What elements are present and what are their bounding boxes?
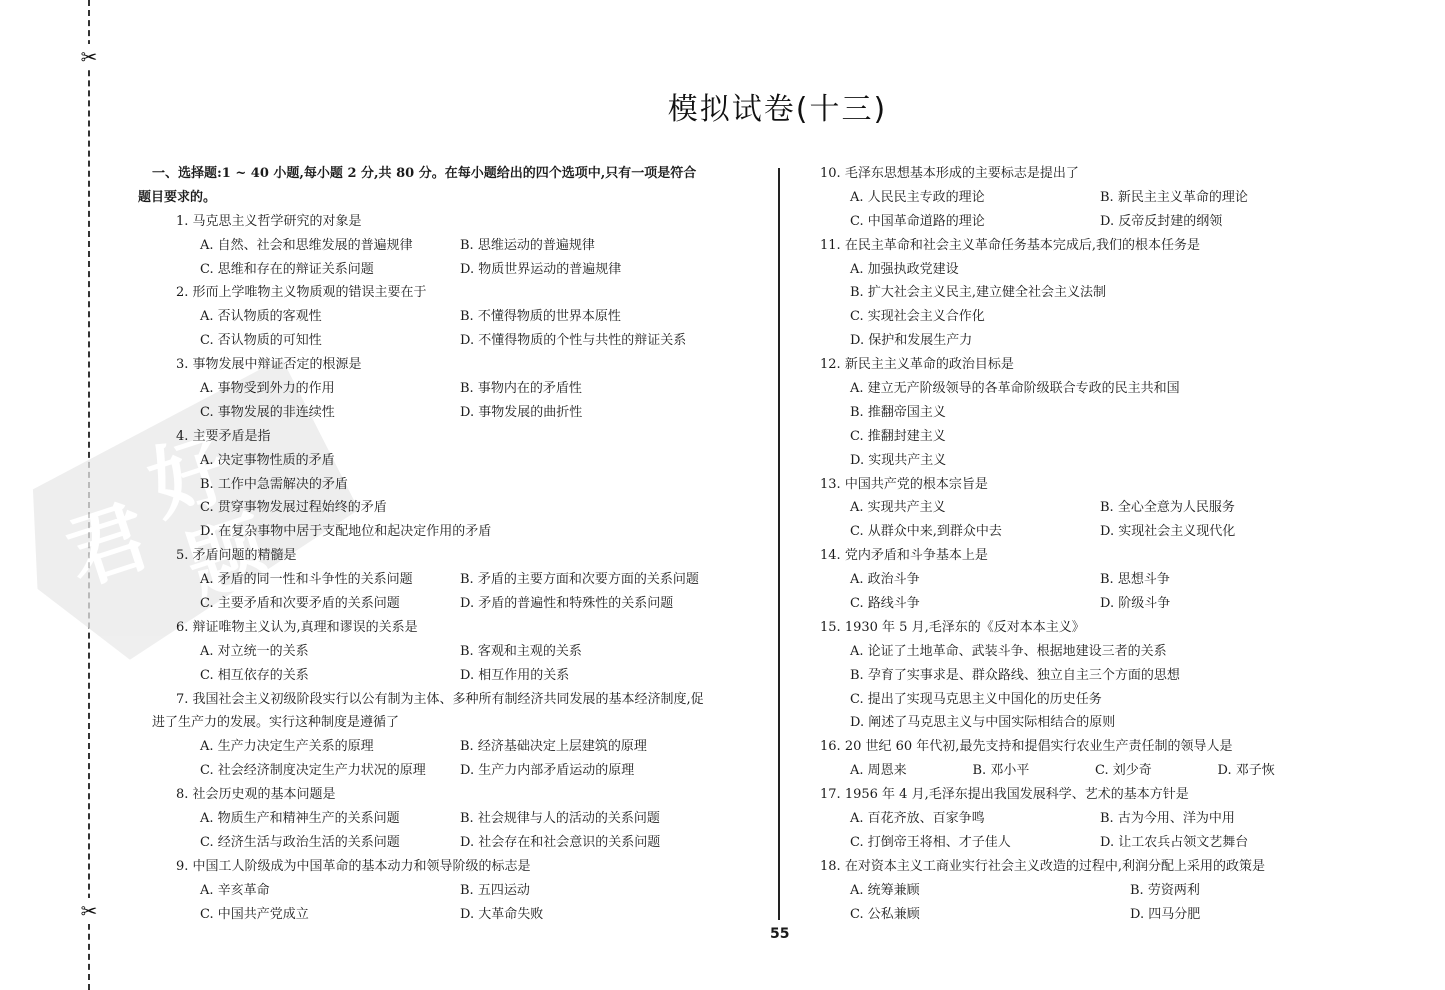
question-stem: 1. 马克思主义哲学研究的对象是 [138,210,768,234]
answer-option: C. 经济生活与政治生活的关系问题 [200,831,460,855]
options-row: A. 自然、社会和思维发展的普遍规律B. 思维运动的普遍规律 [138,234,768,258]
answer-option: D. 社会存在和社会意识的关系问题 [460,831,660,855]
section-instructions: 一、选择题:1 ~ 40 小题,每小题 2 分,共 80 分。在每小题给出的四个… [138,162,768,186]
question-text: 马克思主义哲学研究的对象是 [193,214,362,229]
answer-option: A. 自然、社会和思维发展的普遍规律 [200,234,460,258]
answer-option: C. 否认物质的可知性 [200,329,460,353]
answer-option: D. 保护和发展生产力 [820,329,1340,353]
options-row: C. 事物发展的非连续性D. 事物发展的曲折性 [138,401,768,425]
answer-option: A. 矛盾的同一性和斗争性的关系问题 [200,568,460,592]
answer-option: B. 孕育了实事求是、群众路线、独立自主三个方面的思想 [820,664,1340,688]
answer-option: D. 生产力内部矛盾运动的原理 [460,759,634,783]
answer-option: D. 矛盾的普遍性和特殊性的关系问题 [460,592,673,616]
question-text: 1956 年 4 月,毛泽东提出我国发展科学、艺术的基本方针是 [845,787,1189,802]
answer-option: B. 矛盾的主要方面和次要方面的关系问题 [460,568,699,592]
options-row: C. 思维和存在的辩证关系问题D. 物质世界运动的普遍规律 [138,258,768,282]
answer-option: D. 不懂得物质的个性与共性的辩证关系 [460,329,686,353]
answer-option: A. 物质生产和精神生产的关系问题 [200,807,460,831]
answer-option: B. 事物内在的矛盾性 [460,377,582,401]
answer-option: C. 提出了实现马克思主义中国化的历史任务 [820,688,1340,712]
options-row: C. 从群众中来,到群众中去D. 实现社会主义现代化 [820,520,1340,544]
answer-option: A. 人民民主专政的理论 [850,186,1100,210]
options-row: C. 公私兼顾D. 四马分肥 [820,903,1340,927]
options-row: C. 路线斗争D. 阶级斗争 [820,592,1340,616]
answer-option: B. 客观和主观的关系 [460,640,582,664]
question-number: 1. [176,214,188,229]
answer-option: D. 阐述了马克思主义与中国实际相结合的原则 [820,711,1340,735]
question-text-cont: 进了生产力的发展。实行这种制度是遵循了 [138,711,768,735]
answer-option: B. 经济基础决定上层建筑的原理 [460,735,647,759]
question-text: 矛盾问题的精髓是 [193,548,297,563]
question-number: 3. [176,357,188,372]
question-number: 11. [820,238,841,253]
question-stem: 15. 1930 年 5 月,毛泽东的《反对本本主义》 [820,616,1340,640]
answer-option: A. 生产力决定生产关系的原理 [200,735,460,759]
options-row: A. 否认物质的客观性B. 不懂得物质的世界本原性 [138,305,768,329]
question-text: 主要矛盾是指 [193,429,271,444]
answer-option: A. 建立无产阶级领导的各革命阶级联合专政的民主共和国 [820,377,1340,401]
answer-option: C. 事物发展的非连续性 [200,401,460,425]
answer-option: C. 中国共产党成立 [200,903,460,927]
answer-option: C. 刘少奇 [1095,759,1218,783]
answer-option: A. 政治斗争 [850,568,1100,592]
answer-option: A. 决定事物性质的矛盾 [138,449,768,473]
options-row: C. 主要矛盾和次要矛盾的关系问题D. 矛盾的普遍性和特殊性的关系问题 [138,592,768,616]
answer-option: A. 辛亥革命 [200,879,460,903]
question-number: 12. [820,357,841,372]
answer-option: B. 古为今用、洋为中用 [1100,807,1235,831]
question-text: 形而上学唯物主义物质观的错误主要在于 [193,285,427,300]
options-row: C. 打倒帝王将相、才子佳人D. 让工农兵占领文艺舞台 [820,831,1340,855]
answer-option: A. 实现共产主义 [850,496,1100,520]
question-number: 17. [820,787,841,802]
question-text: 1930 年 5 月,毛泽东的《反对本本主义》 [845,620,1085,635]
question-stem: 17. 1956 年 4 月,毛泽东提出我国发展科学、艺术的基本方针是 [820,783,1340,807]
answer-option: B. 扩大社会主义民主,建立健全社会主义法制 [820,281,1340,305]
options-row: C. 中国革命道路的理论D. 反帝反封建的纲领 [820,210,1340,234]
question-number: 8. [176,787,188,802]
answer-option: C. 推翻封建主义 [820,425,1340,449]
question-text: 毛泽东思想基本形成的主要标志是提出了 [845,166,1079,181]
question-stem: 16. 20 世纪 60 年代初,最先支持和提倡实行农业生产责任制的领导人是 [820,735,1340,759]
question-stem: 6. 辩证唯物主义认为,真理和谬误的关系是 [138,616,768,640]
question-text: 新民主主义革命的政治目标是 [845,357,1014,372]
answer-option: D. 实现社会主义现代化 [1100,520,1235,544]
question-stem: 3. 事物发展中辩证否定的根源是 [138,353,768,377]
answer-option: A. 否认物质的客观性 [200,305,460,329]
options-row: A. 统筹兼顾B. 劳资两利 [820,879,1340,903]
answer-option: C. 相互依存的关系 [200,664,460,688]
answer-option: A. 百花齐放、百家争鸣 [850,807,1100,831]
options-row: C. 相互依存的关系D. 相互作用的关系 [138,664,768,688]
options-row: A. 矛盾的同一性和斗争性的关系问题B. 矛盾的主要方面和次要方面的关系问题 [138,568,768,592]
options-row: A. 事物受到外力的作用B. 事物内在的矛盾性 [138,377,768,401]
question-number: 5. [176,548,188,563]
answer-option: B. 全心全意为人民服务 [1100,496,1235,520]
options-row: A. 百花齐放、百家争鸣B. 古为今用、洋为中用 [820,807,1340,831]
question-number: 13. [820,477,841,492]
question-text: 中国工人阶级成为中国革命的基本动力和领导阶级的标志是 [193,859,531,874]
question-text: 在民主革命和社会主义革命任务基本完成后,我们的根本任务是 [845,238,1200,253]
answer-option: A. 事物受到外力的作用 [200,377,460,401]
answer-option: A. 周恩来 [850,759,973,783]
question-stem: 4. 主要矛盾是指 [138,425,768,449]
answer-option: C. 社会经济制度决定生产力状况的原理 [200,759,460,783]
answer-option: B. 五四运动 [460,879,530,903]
answer-option: C. 贯穿事物发展过程始终的矛盾 [138,496,768,520]
question-stem: 8. 社会历史观的基本问题是 [138,783,768,807]
answer-option: B. 不懂得物质的世界本原性 [460,305,621,329]
question-text: 事物发展中辩证否定的根源是 [193,357,362,372]
answer-option: C. 实现社会主义合作化 [820,305,1340,329]
question-stem: 11. 在民主革命和社会主义革命任务基本完成后,我们的根本任务是 [820,234,1340,258]
question-text: 我国社会主义初级阶段实行以公有制为主体、多种所有制经济共同发展的基本经济制度,促 [193,692,704,707]
answer-option: C. 公私兼顾 [850,903,1130,927]
answer-option: D. 实现共产主义 [820,449,1340,473]
answer-option: C. 路线斗争 [850,592,1100,616]
question-stem: 14. 党内矛盾和斗争基本上是 [820,544,1340,568]
options-row: C. 中国共产党成立D. 大革命失败 [138,903,768,927]
options-row: A. 辛亥革命B. 五四运动 [138,879,768,903]
answer-option: B. 社会规律与人的活动的关系问题 [460,807,660,831]
answer-option: C. 思维和存在的辩证关系问题 [200,258,460,282]
answer-option: B. 思维运动的普遍规律 [460,234,595,258]
question-stem: 18. 在对资本主义工商业实行社会主义改造的过程中,利润分配上采用的政策是 [820,855,1340,879]
answer-option: C. 主要矛盾和次要矛盾的关系问题 [200,592,460,616]
options-row: A. 政治斗争B. 思想斗争 [820,568,1340,592]
answer-option: D. 事物发展的曲折性 [460,401,582,425]
question-stem: 10. 毛泽东思想基本形成的主要标志是提出了 [820,162,1340,186]
question-text: 社会历史观的基本问题是 [193,787,336,802]
scissors-icon: ✂ [78,44,100,70]
answer-option: D. 邓子恢 [1218,759,1341,783]
answer-option: B. 新民主主义革命的理论 [1100,186,1248,210]
options-row: A. 实现共产主义B. 全心全意为人民服务 [820,496,1340,520]
options-row: C. 否认物质的可知性D. 不懂得物质的个性与共性的辩证关系 [138,329,768,353]
page-title: 模拟试卷(十三) [0,84,1445,128]
answer-option: B. 邓小平 [973,759,1096,783]
answer-option: C. 打倒帝王将相、才子佳人 [850,831,1100,855]
answer-option: B. 推翻帝国主义 [820,401,1340,425]
question-number: 15. [820,620,841,635]
question-number: 9. [176,859,188,874]
answer-option: D. 阶级斗争 [1100,592,1170,616]
options-row: A. 对立统一的关系B. 客观和主观的关系 [138,640,768,664]
answer-option: D. 四马分肥 [1130,903,1200,927]
column-divider [778,168,780,920]
question-text: 20 世纪 60 年代初,最先支持和提倡实行农业生产责任制的领导人是 [845,739,1233,754]
question-text: 党内矛盾和斗争基本上是 [845,548,988,563]
options-row: C. 经济生活与政治生活的关系问题D. 社会存在和社会意识的关系问题 [138,831,768,855]
answer-option: C. 中国革命道路的理论 [850,210,1100,234]
section-instructions-cont: 题目要求的。 [138,186,768,210]
question-number: 4. [176,429,188,444]
answer-option: D. 让工农兵占领文艺舞台 [1100,831,1248,855]
question-stem: 5. 矛盾问题的精髓是 [138,544,768,568]
question-number: 18. [820,859,841,874]
scissors-icon: ✂ [78,898,100,924]
options-row: A. 人民民主专政的理论B. 新民主主义革命的理论 [820,186,1340,210]
question-number: 10. [820,166,841,181]
question-number: 14. [820,548,841,563]
question-stem: 2. 形而上学唯物主义物质观的错误主要在于 [138,281,768,305]
question-number: 16. [820,739,841,754]
answer-option: A. 对立统一的关系 [200,640,460,664]
answer-option: C. 从群众中来,到群众中去 [850,520,1100,544]
right-column: 10. 毛泽东思想基本形成的主要标志是提出了A. 人民民主专政的理论B. 新民主… [820,162,1340,927]
question-text: 在对资本主义工商业实行社会主义改造的过程中,利润分配上采用的政策是 [845,859,1265,874]
answer-option: D. 在复杂事物中居于支配地位和起决定作用的矛盾 [138,520,768,544]
options-row: A. 周恩来B. 邓小平C. 刘少奇D. 邓子恢 [820,759,1340,783]
answer-option: D. 反帝反封建的纲领 [1100,210,1222,234]
options-row: C. 社会经济制度决定生产力状况的原理D. 生产力内部矛盾运动的原理 [138,759,768,783]
answer-option: A. 统筹兼顾 [850,879,1130,903]
options-row: A. 物质生产和精神生产的关系问题B. 社会规律与人的活动的关系问题 [138,807,768,831]
answer-option: D. 物质世界运动的普遍规律 [460,258,621,282]
answer-option: B. 思想斗争 [1100,568,1170,592]
answer-option: A. 论证了土地革命、武装斗争、根据地建设三者的关系 [820,640,1340,664]
question-text: 辩证唯物主义认为,真理和谬误的关系是 [193,620,418,635]
question-number: 7. [176,692,188,707]
question-stem: 12. 新民主主义革命的政治目标是 [820,353,1340,377]
answer-option: B. 工作中急需解决的矛盾 [138,473,768,497]
question-stem: 9. 中国工人阶级成为中国革命的基本动力和领导阶级的标志是 [138,855,768,879]
question-number: 2. [176,285,188,300]
options-row: A. 生产力决定生产关系的原理B. 经济基础决定上层建筑的原理 [138,735,768,759]
answer-option: D. 大革命失败 [460,903,543,927]
question-stem: 7. 我国社会主义初级阶段实行以公有制为主体、多种所有制经济共同发展的基本经济制… [138,688,768,712]
page-number: 55 [770,926,789,942]
left-column: 一、选择题:1 ~ 40 小题,每小题 2 分,共 80 分。在每小题给出的四个… [138,162,768,927]
answer-option: A. 加强执政党建设 [820,258,1340,282]
question-text: 中国共产党的根本宗旨是 [845,477,988,492]
question-stem: 13. 中国共产党的根本宗旨是 [820,473,1340,497]
question-number: 6. [176,620,188,635]
answer-option: B. 劳资两利 [1130,879,1200,903]
answer-option: D. 相互作用的关系 [460,664,569,688]
